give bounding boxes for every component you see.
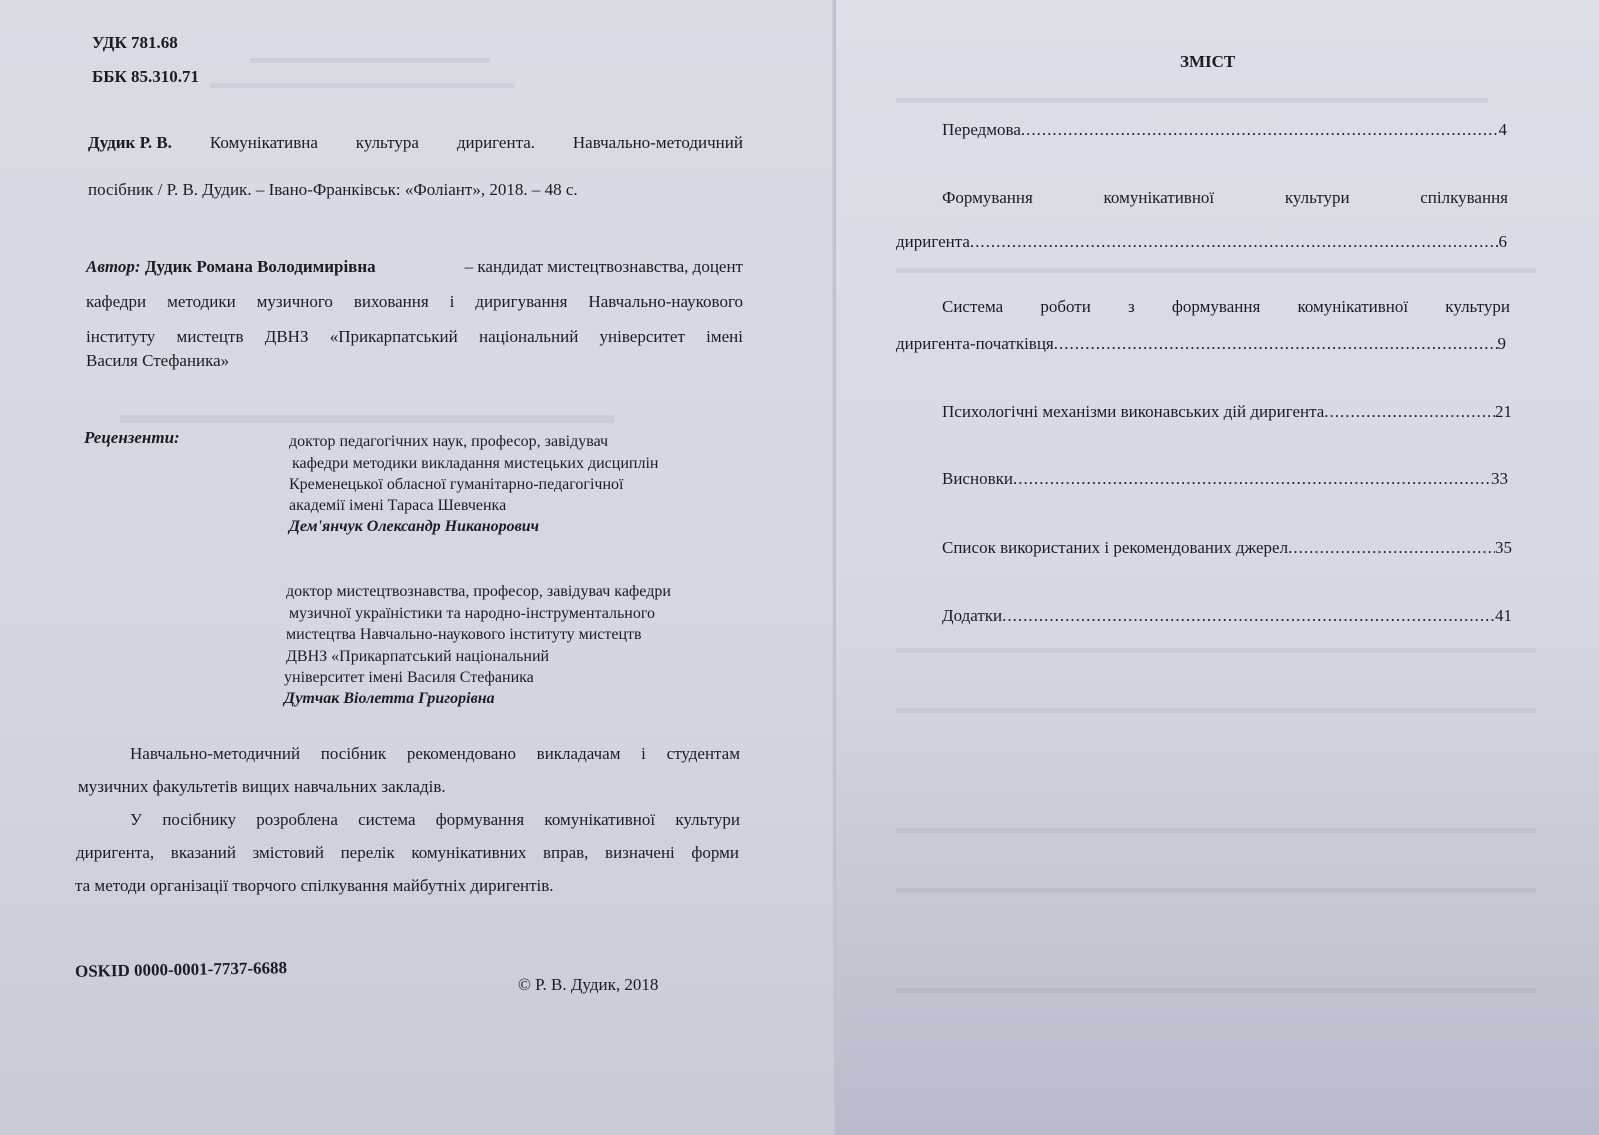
toc-entry-page: 21 bbox=[1495, 402, 1512, 422]
author-line-4: Василя Стефаника» bbox=[86, 351, 229, 371]
reviewer1-name: Дем'янчук Олександр Никанорович bbox=[289, 518, 539, 536]
toc-leader-dots bbox=[1054, 334, 1498, 354]
toc-entry-title: Додатки bbox=[942, 606, 1002, 626]
toc-title: ЗМІСТ bbox=[1180, 52, 1235, 72]
show-through-text: ▬▬▬▬▬▬▬▬▬▬▬▬▬▬▬ bbox=[250, 50, 490, 68]
author-line-2: кафедри методики музичного виховання і д… bbox=[86, 292, 743, 312]
reviewer2-line: мистецтва Навчально-наукового інституту … bbox=[286, 626, 642, 644]
reviewers-label: Рецензенти: bbox=[84, 428, 180, 448]
toc-entry-title: Список використаних і рекомендованих дже… bbox=[942, 538, 1288, 558]
toc-word: Система bbox=[942, 297, 1003, 317]
toc-word: роботи bbox=[1040, 297, 1090, 317]
citation-word: Навчально-методичний bbox=[573, 133, 743, 153]
show-through-text: ▬▬▬▬▬▬▬▬▬▬▬▬▬▬▬▬▬▬▬▬▬▬▬▬▬▬▬▬▬▬▬▬▬▬▬▬▬▬▬▬ bbox=[896, 980, 1536, 998]
bbk-code: ББК 85.310.71 bbox=[92, 67, 199, 87]
reviewer2-name: Дутчак Віолетта Григорівна bbox=[284, 690, 495, 708]
toc-entry-formation[interactable]: диригента 6 bbox=[896, 232, 1507, 252]
show-through-text: ▬▬▬▬▬▬▬▬▬▬▬▬▬▬▬▬▬▬▬▬▬▬▬▬▬▬▬▬▬▬▬▬▬▬▬▬▬▬▬▬ bbox=[896, 700, 1536, 718]
toc-word: Формування bbox=[942, 188, 1033, 208]
toc-leader-dots bbox=[1002, 606, 1495, 626]
show-through-text: ▬▬▬▬▬▬▬▬▬▬▬▬▬▬▬▬▬▬▬▬▬▬▬▬▬▬▬▬▬▬▬▬▬▬▬▬▬▬▬▬ bbox=[896, 640, 1536, 658]
toc-entry-page: 35 bbox=[1495, 538, 1512, 558]
toc-word: комунікативної bbox=[1104, 188, 1215, 208]
show-through-text: ▬▬▬▬▬▬▬▬▬▬▬▬▬▬▬▬▬▬▬ bbox=[120, 400, 614, 430]
reviewer1-line: кафедри методики викладання мистецьких д… bbox=[292, 455, 658, 473]
toc-entry-references[interactable]: Список використаних і рекомендованих дже… bbox=[942, 538, 1512, 558]
reviewer2-line: доктор мистецтвознавства, професор, заві… bbox=[286, 583, 671, 601]
author-credentials: – кандидат мистецтвознавства, доцент bbox=[465, 257, 743, 277]
toc-leader-dots bbox=[1021, 120, 1499, 140]
citation-line-1: Дудик Р. В. Комунікативна культура дириг… bbox=[88, 133, 743, 153]
toc-entry-title: диригента bbox=[896, 232, 970, 252]
citation-word: Комунікативна bbox=[210, 133, 318, 153]
show-through-text: ▬▬▬▬▬▬▬▬▬▬▬▬▬▬▬▬▬▬▬▬▬▬▬▬▬▬▬▬▬▬▬▬▬▬▬▬▬▬▬▬ bbox=[896, 880, 1536, 898]
author-line-1: Автор: Дудик Романа Володимирівна – канд… bbox=[86, 257, 743, 277]
oskid-id: OSKID 0000-0001-7737-6688 bbox=[75, 958, 287, 982]
toc-entry-preface[interactable]: Передмова 4 bbox=[942, 120, 1507, 140]
toc-leader-dots bbox=[1324, 402, 1495, 422]
udk-code: УДК 781.68 bbox=[92, 33, 178, 53]
author-label: Автор: bbox=[86, 257, 141, 276]
toc-entry-2-line-1: Формування комунікативної культури спілк… bbox=[942, 188, 1508, 208]
left-page: ▬▬▬▬▬▬▬▬▬▬▬▬▬▬▬ ▬▬▬▬▬▬▬▬▬▬▬▬▬▬▬▬▬▬▬ ▬▬▬▬… bbox=[0, 0, 836, 1135]
toc-entry-page: 9 bbox=[1498, 334, 1507, 354]
toc-leader-dots bbox=[1288, 538, 1495, 558]
toc-word: з bbox=[1128, 297, 1135, 317]
recommendation-line: Навчально-методичний посібник рекомендов… bbox=[130, 744, 740, 764]
toc-word: культури bbox=[1445, 297, 1510, 317]
show-through-text: ▬▬▬▬▬▬▬▬▬▬▬▬▬▬▬▬▬▬▬▬▬▬▬▬▬▬▬▬▬▬▬▬▬▬▬▬▬▬▬▬ bbox=[896, 260, 1536, 278]
recommendation-line: диригента, вказаний змістовий перелік ко… bbox=[76, 843, 739, 863]
toc-entry-system[interactable]: диригента-початківця 9 bbox=[896, 334, 1506, 354]
toc-entry-title: диригента-початківця bbox=[896, 334, 1054, 354]
toc-entry-conclusions[interactable]: Висновки 33 bbox=[942, 469, 1508, 489]
toc-leader-dots bbox=[1013, 469, 1491, 489]
toc-word: формування bbox=[1172, 297, 1260, 317]
show-through-text: ▬▬▬▬▬▬▬▬▬▬▬▬▬▬▬▬▬▬▬▬▬▬▬▬▬▬▬▬▬▬▬▬▬▬▬▬▬ bbox=[896, 90, 1488, 108]
toc-entry-title: Психологічні механізми виконавських дій … bbox=[942, 402, 1324, 422]
reviewer2-line: ДВНЗ «Прикарпатський національний bbox=[286, 648, 549, 666]
toc-entry-title: Висновки bbox=[942, 469, 1013, 489]
citation-author: Дудик Р. В. bbox=[88, 133, 172, 153]
show-through-text: ▬▬▬▬▬▬▬▬▬▬▬▬▬▬▬▬▬▬▬▬▬▬▬▬▬▬▬▬▬▬▬▬▬▬▬▬▬▬▬▬ bbox=[896, 820, 1536, 838]
toc-entry-page: 6 bbox=[1499, 232, 1508, 252]
toc-entry-page: 4 bbox=[1499, 120, 1508, 140]
copyright: © Р. В. Дудик, 2018 bbox=[518, 975, 658, 995]
toc-entry-title: Передмова bbox=[942, 120, 1021, 140]
author-name: Дудик Романа Володимирівна bbox=[145, 257, 376, 276]
citation-line-2: посібник / Р. В. Дудик. – Івано-Франківс… bbox=[88, 180, 578, 200]
recommendation-line: та методи організації творчого спілкуван… bbox=[75, 876, 554, 896]
show-through-text: ▬▬▬▬▬▬▬▬▬▬▬▬▬▬▬▬▬▬▬ bbox=[210, 75, 514, 93]
toc-word: культури bbox=[1285, 188, 1350, 208]
citation-word: диригента. bbox=[457, 133, 535, 153]
toc-word: комунікативної bbox=[1297, 297, 1408, 317]
reviewer1-line: академії імені Тараса Шевченка bbox=[289, 497, 506, 515]
citation-word: культура bbox=[356, 133, 419, 153]
reviewer2-line: університет імені Василя Стефаника bbox=[284, 669, 534, 687]
toc-word: спілкування bbox=[1420, 188, 1508, 208]
reviewer2-line: музичної україністики та народно-інструм… bbox=[289, 605, 655, 623]
recommendation-line: У посібнику розроблена система формуванн… bbox=[130, 810, 740, 830]
toc-leader-dots bbox=[970, 232, 1499, 252]
recommendation-line: музичних факультетів вищих навчальних за… bbox=[78, 777, 446, 797]
right-page: ▬▬▬▬▬▬▬▬▬▬▬▬▬▬▬▬▬▬▬▬▬▬▬▬▬▬▬▬▬▬▬▬▬▬▬▬▬ ▬▬… bbox=[836, 0, 1599, 1135]
toc-entry-page: 41 bbox=[1495, 606, 1512, 626]
reviewer1-line: Кременецької обласної гуманітарно-педаго… bbox=[289, 476, 623, 494]
toc-entry-page: 33 bbox=[1491, 469, 1508, 489]
author-line-3: інституту мистецтв ДВНЗ «Прикарпатський … bbox=[86, 327, 743, 347]
toc-entry-appendices[interactable]: Додатки 41 bbox=[942, 606, 1512, 626]
reviewer1-line: доктор педагогічних наук, професор, заві… bbox=[289, 433, 608, 451]
toc-entry-psychology[interactable]: Психологічні механізми виконавських дій … bbox=[942, 402, 1512, 422]
toc-entry-3-line-1: Система роботи з формування комунікативн… bbox=[942, 297, 1510, 317]
